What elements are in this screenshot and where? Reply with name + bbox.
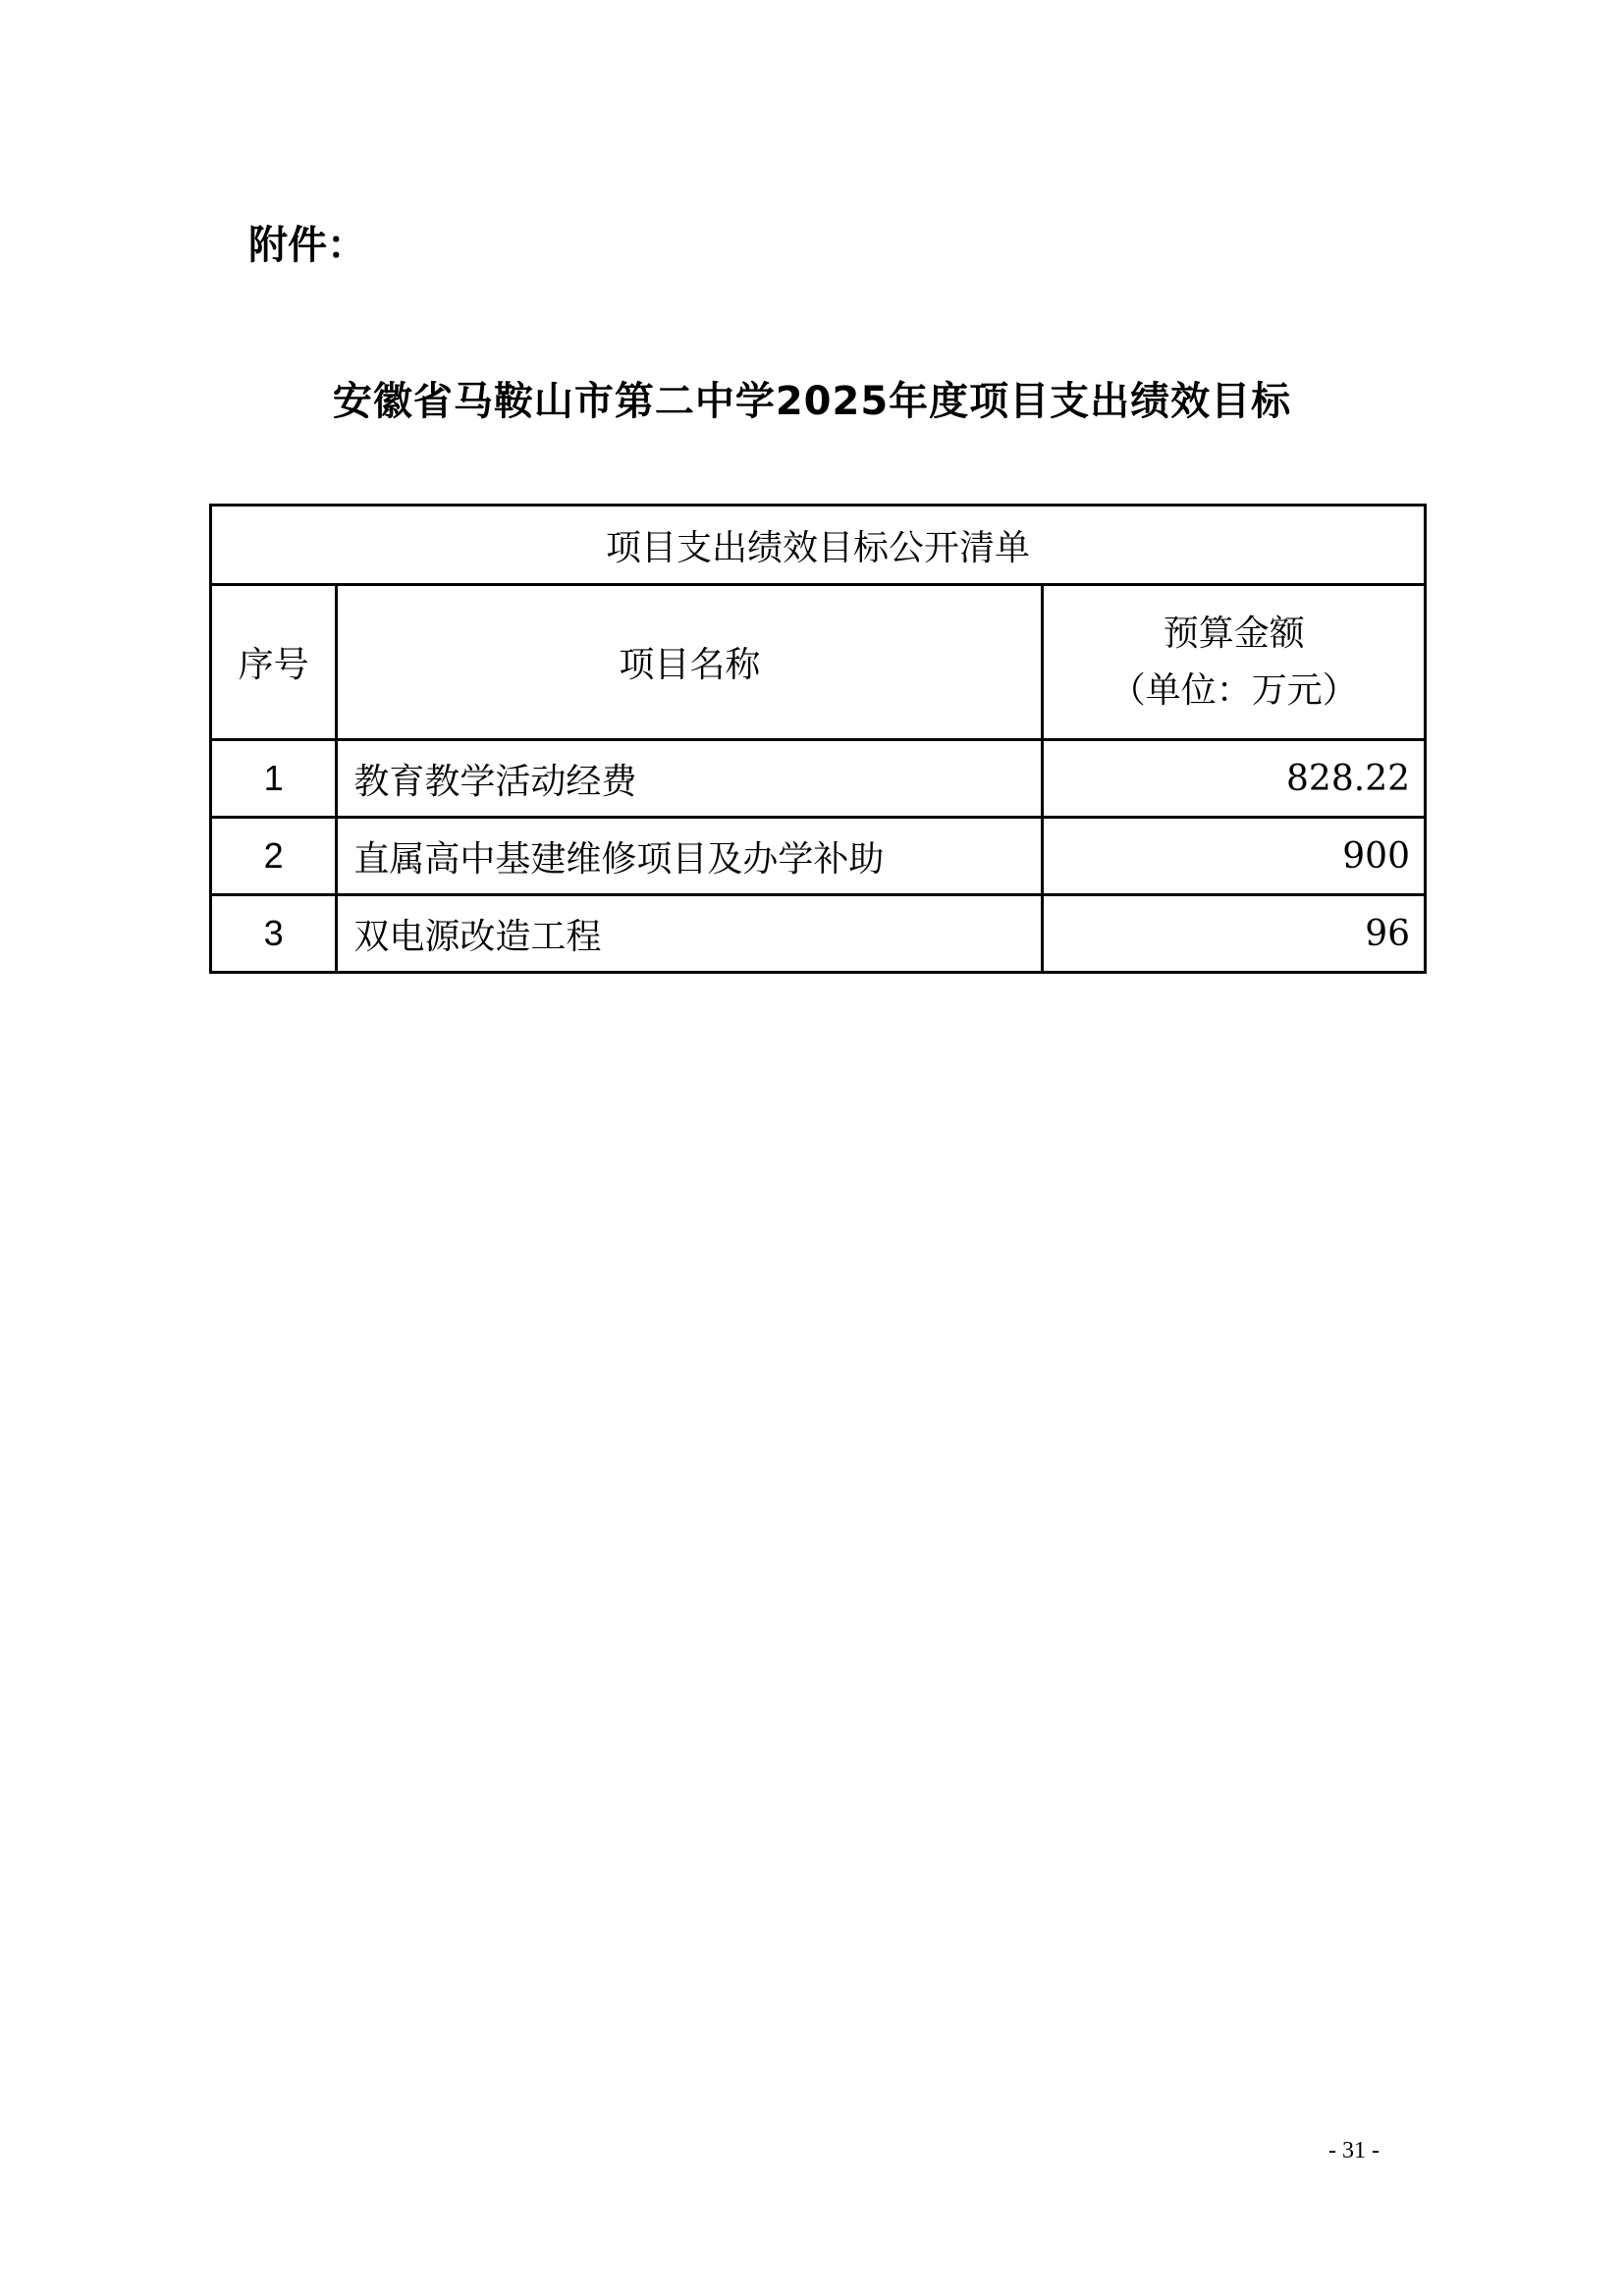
table-row: 1 教育教学活动经费 828.22 xyxy=(211,740,1426,818)
header-amount: 预算金额 （单位：万元） xyxy=(1043,585,1426,740)
header-amount-line1: 预算金额 xyxy=(1044,606,1424,663)
row-index: 2 xyxy=(211,818,337,895)
header-name: 项目名称 xyxy=(337,585,1043,740)
row-name: 直属高中基建维修项目及办学补助 xyxy=(337,818,1043,895)
page-number: - 31 - xyxy=(1328,2138,1380,2164)
row-name: 教育教学活动经费 xyxy=(337,740,1043,818)
table-caption: 项目支出绩效目标公开清单 xyxy=(211,506,1426,585)
row-name: 双电源改造工程 xyxy=(337,895,1043,973)
row-index: 3 xyxy=(211,895,337,973)
header-amount-line2: （单位：万元） xyxy=(1044,663,1424,720)
row-amount: 96 xyxy=(1043,895,1426,973)
table-row: 3 双电源改造工程 96 xyxy=(211,895,1426,973)
header-index: 序号 xyxy=(211,585,337,740)
table-row: 2 直属高中基建维修项目及办学补助 900 xyxy=(211,818,1426,895)
row-amount: 900 xyxy=(1043,818,1426,895)
row-amount: 828.22 xyxy=(1043,740,1426,818)
budget-table: 项目支出绩效目标公开清单 序号 项目名称 预算金额 （单位：万元） 1 教育教学… xyxy=(209,504,1427,974)
table-header-row: 序号 项目名称 预算金额 （单位：万元） xyxy=(211,585,1426,740)
document-title: 安徽省马鞍山市第二中学2025年度项目支出绩效目标 xyxy=(0,370,1624,426)
attachment-label: 附件： xyxy=(248,214,366,270)
row-index: 1 xyxy=(211,740,337,818)
